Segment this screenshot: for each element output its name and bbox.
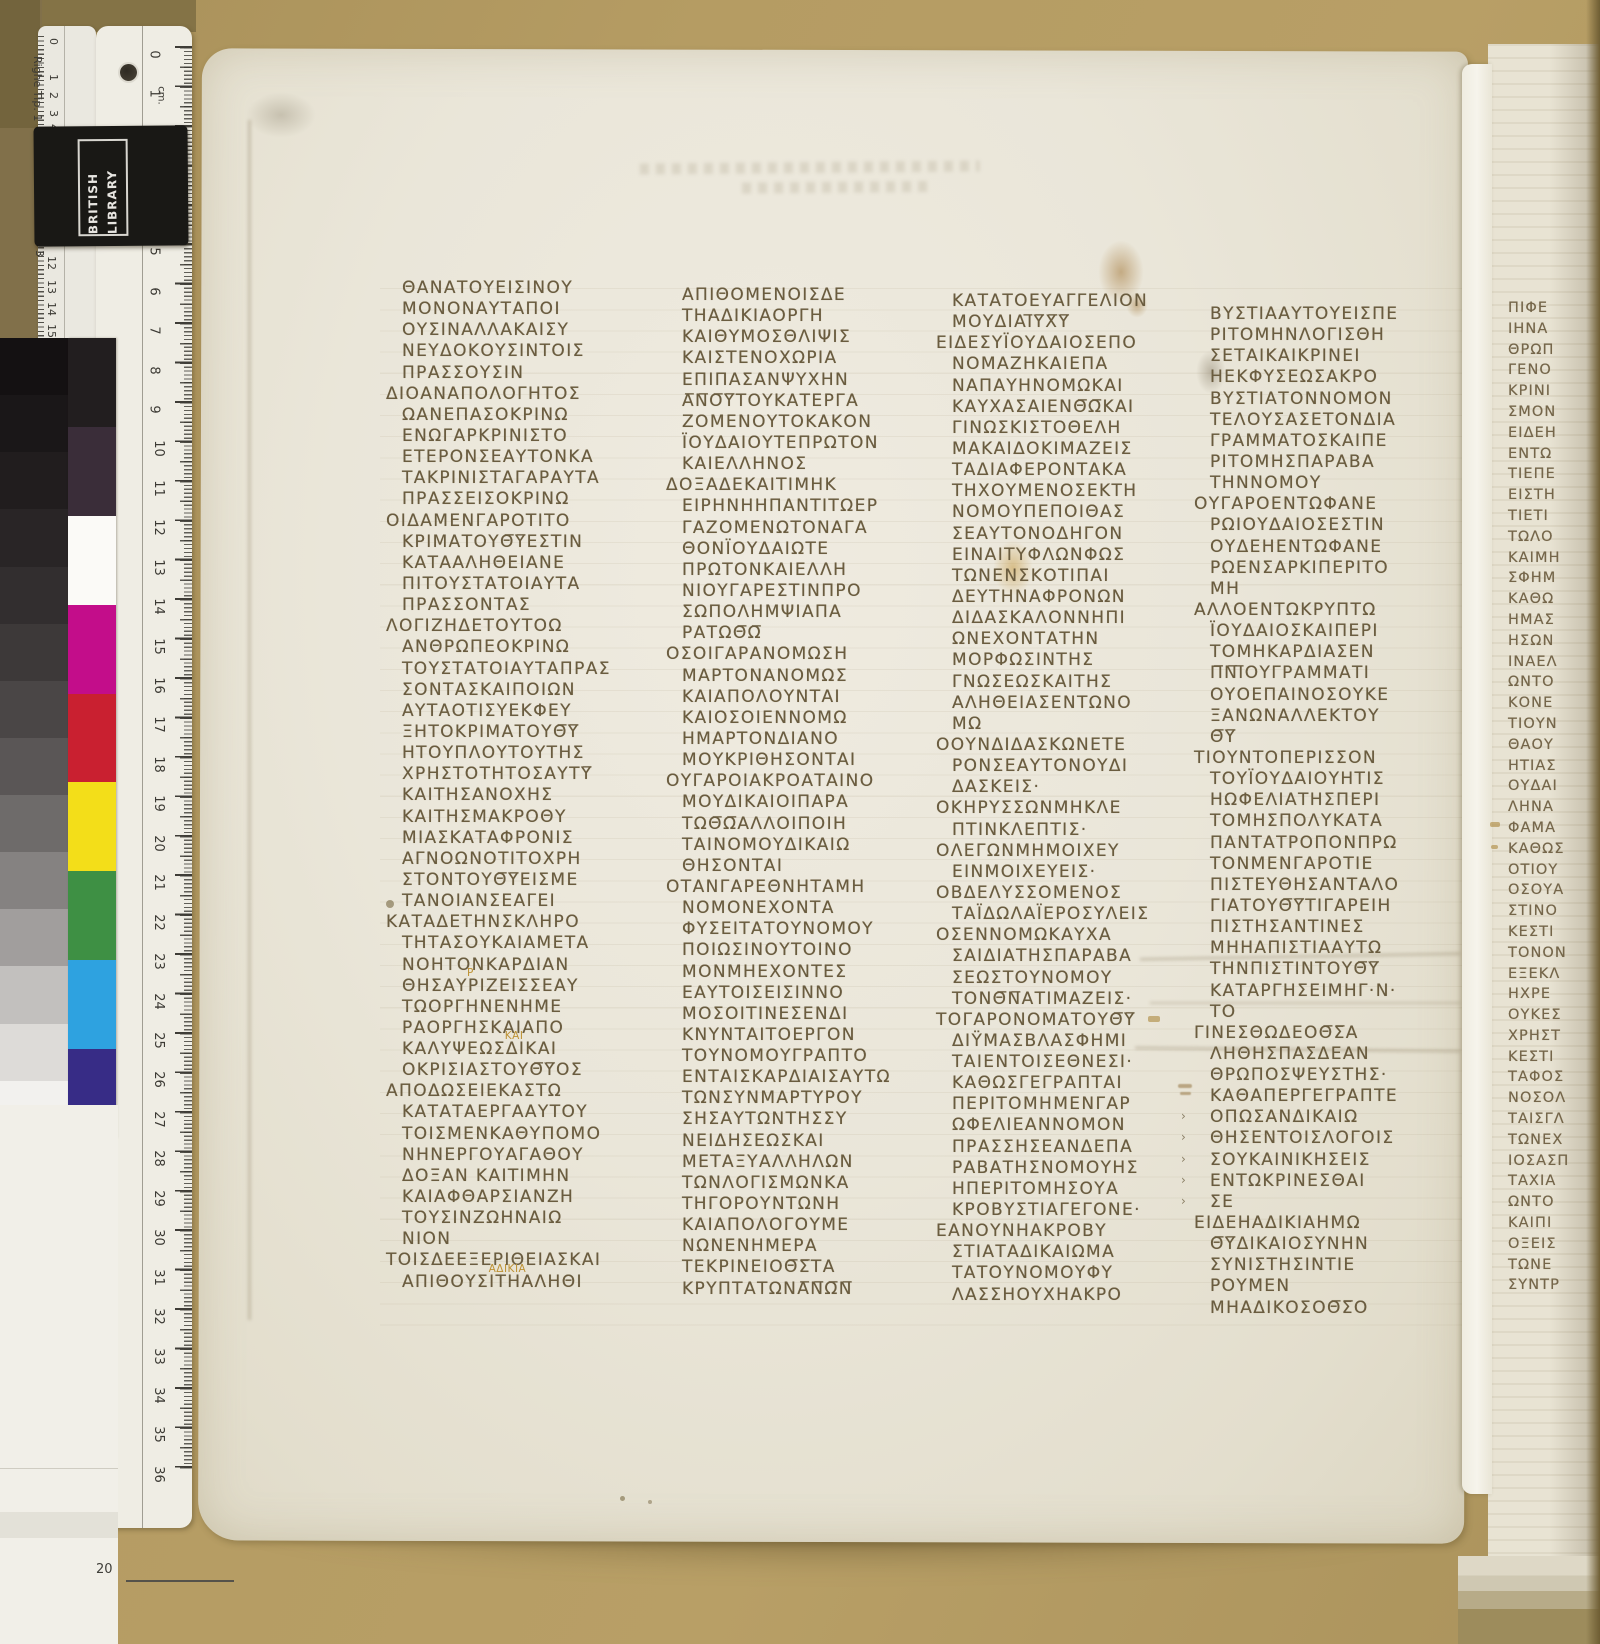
line-text: ΩΦΕΛΙΕΑΝΝΟΜΟΝ xyxy=(952,1115,1206,1135)
manuscript-line: ΕΞΕΚΛ› xyxy=(1500,966,1592,987)
manuscript-line: ΚΑΙΣΤΕΝΟΧΩΡΙΑ xyxy=(666,348,936,369)
line-text: ΤΗΑΔΙΚΙΑΟΡΓΗ xyxy=(682,306,936,326)
ruler-number: 20 xyxy=(151,835,166,852)
manuscript-line: ΤΟΓΑΡΟΝΟΜΑΤΟΥΘ̅Υ̅ xyxy=(936,1010,1206,1031)
manuscript-line: ΗΠΕΡΙΤΟΜΗΣΟΥΑ xyxy=(936,1179,1206,1200)
line-text: ΟΥΚΕΣ xyxy=(1508,1007,1592,1023)
line-text: ΠΕΡΙΤΟΜΗΜΕΝΓΑΡ xyxy=(952,1094,1206,1114)
manuscript-line: ΚΑΙΑΦΘΑΡΣΙΑΝΖΗ xyxy=(386,1187,656,1208)
parchment-crease xyxy=(248,120,251,1320)
manuscript-line: ΕΙΝΑΙΤΥΦΛΩΝΦΩΣ xyxy=(936,545,1206,566)
line-text: ΡΑΤΩΘ̅Ω̅ xyxy=(682,623,936,643)
manuscript-line: ΑΛΗΘΕΙΑΣΕΝΤΩΝΟ xyxy=(936,693,1206,714)
manuscript-line: ΦΑΜΑ xyxy=(1500,820,1592,841)
line-text: ΚΑΙΠΙ xyxy=(1508,1215,1592,1231)
manuscript-line: ΣΤΟΝΤΟΥΘ̅Υ̅ΕΙΣΜΕ xyxy=(386,870,656,891)
manuscript-line: ΚΑΛΥΨΕΩΣΔΙΚΑΙΚΑΙ xyxy=(386,1039,656,1060)
manuscript-line: ΤΩΛΟ xyxy=(1500,529,1592,550)
manuscript-line: ΤΩΝΕΝΣΚΟΤΙΠΑΙ xyxy=(936,566,1206,587)
ruler-number: 19 xyxy=(151,796,166,813)
manuscript-line: ΣΥΝΤΡ› xyxy=(1500,1277,1592,1298)
ruler-number: 34 xyxy=(151,1387,166,1404)
manuscript-line: ΕΝΤΑΙΣΚΑΡΔΙΑΙΣΑΥΤΩ xyxy=(666,1067,936,1088)
line-text: ΤΕΚΡΙΝΕΙΟΘ̅Σ̅ΤΑ xyxy=(682,1257,936,1277)
line-text: ΔΙΫΜΑΣΒΛΑΣΦΗΜΙ xyxy=(952,1031,1206,1051)
line-text: ΣΩΠΟΛΗΜΨΙΑΠΑ xyxy=(682,602,936,622)
line-text: ΚΕΣΤΙ xyxy=(1508,924,1592,940)
gray-patch xyxy=(0,852,68,909)
line-text: ΜΟΥΔΙΑΙ̅Υ̅Χ̅Υ̅ xyxy=(952,312,1206,332)
manuscript-line: ΜΟΥΔΙΚΑΙΟΙΠΑΡΑ xyxy=(666,792,936,813)
line-text: ΓΑΖΟΜΕΝΩΤΟΝΑΓΑ xyxy=(682,518,936,538)
manuscript-line: ΠΤΙΝΚΛΕΠΤΙΣ· xyxy=(936,820,1206,841)
line-gauge-number: Righe Tip. 1 xyxy=(31,56,44,121)
gray-patch xyxy=(0,738,68,795)
line-text: ΤΩΝΕΧ xyxy=(1508,1132,1592,1148)
line-text: ΝΗΝΕΡΓΟΥΑΓΑΘΟΥ xyxy=(402,1145,656,1165)
manuscript-line: ΕΙΝΜΟΙΧΕΥΕΙΣ· xyxy=(936,862,1206,883)
line-text: ΠΤΙΝΚΛΕΠΤΙΣ· xyxy=(952,820,1206,840)
manuscript-line: ΗΩΦΕΛΙΑΤΗΣΠΕΡΙ xyxy=(1194,790,1464,811)
line-text: ΤΑΚΡΙΝΙΣΤΑΓΑΡΑΥΤΑ xyxy=(402,468,656,488)
manuscript-line: ΟΥΚΕΣ› xyxy=(1500,1007,1592,1028)
line-text: ΗΤΟΥΠΛΟΥΤΟΥΤΗΣ xyxy=(402,743,656,763)
sheet-seam xyxy=(0,1468,118,1469)
ruler-cm-ticks xyxy=(175,46,192,1472)
color-patch xyxy=(68,871,116,960)
line-text: ΤΩΛΟ xyxy=(1508,529,1592,545)
line-text: ΙΟΣΑΣΠ xyxy=(1508,1153,1592,1169)
manuscript-line: ΘΡΩΠΟΣΨΕΥΣΤΗΣ· xyxy=(1194,1065,1464,1086)
manuscript-line: ΤΑΪΔΩΛΑΪΕΡΟΣΥΛΕΙΣ xyxy=(936,904,1206,925)
line-text: ΟΥΔΕΗΕΝΤΩΦΑΝΕ xyxy=(1210,537,1464,557)
line-text: ΚΡΟΒΥΣΤΙΑΓΕΓΟΝΕ· xyxy=(952,1200,1206,1220)
line-text: ΞΑΝΩΝΑΛΛΕΚΤΟΥ xyxy=(1210,706,1464,726)
line-text: ΕΞΕΚΛ xyxy=(1508,966,1592,982)
manuscript-line: ΩΝΤΟ xyxy=(1500,674,1592,695)
color-patch xyxy=(68,427,116,516)
line-text: ΒΥΣΤΙΑΤΟΝΝΟΜΟΝ xyxy=(1210,389,1464,409)
manuscript-line: ΜΟΡΦΩΣΙΝΤΗΣ xyxy=(936,650,1206,671)
manuscript-line: ΗΤΟΥΠΛΟΥΤΟΥΤΗΣ xyxy=(386,743,656,764)
line-gauge-number: 2 xyxy=(47,92,60,99)
line-text: ΑΠΙΘΟΜΕΝΟΙΣΔΕ xyxy=(682,285,936,305)
ruler-number: 36 xyxy=(151,1466,166,1483)
line-gauge-number: 13 xyxy=(45,280,58,294)
gray-patch xyxy=(0,681,68,738)
manuscript-line: ΔΟΞΑΔΕΚΑΙΤΙΜΗΚ xyxy=(666,475,936,496)
manuscript-line: ΪΟΥΔΑΙΟΣΚΑΙΠΕΡΙ xyxy=(1194,621,1464,642)
color-patch xyxy=(68,960,116,1049)
line-text: ΤΟΥΝΟΜΟΥΓΡΑΠΤΟ xyxy=(682,1046,936,1066)
line-text: ΚΑΛΥΨΕΩΣΔΙΚΑΙ xyxy=(402,1039,656,1059)
line-text: ΗΤΙΑΣ xyxy=(1508,758,1592,774)
manuscript-line: ΙΗΝΑ xyxy=(1500,321,1592,342)
line-text: ΘΗΣΟΝΤΑΙ xyxy=(682,856,936,876)
line-text: ΚΑΤΑΡΓΗΣΕΙΜΗΓ·Ν· xyxy=(1210,981,1464,1001)
manuscript-line: ΚΝΥΝΤΑΙΤΟΕΡΓΟΝ xyxy=(666,1025,936,1046)
text-column-3: ΚΑΤΑΤΟΕΥΑΓΓΕΛΙΟΝΜΟΥΔΙΑΙ̅Υ̅Χ̅Υ̅ΕΙΔΕΣΥΪΟΥΔ… xyxy=(936,291,1206,1306)
manuscript-line: ΤΩΘ̅Ω̅ΑΛΛΟΙΠΟΙΗ xyxy=(666,814,936,835)
manuscript-line: ΟΣΟΙΓΑΡΑΝΟΜΩΣΗ xyxy=(666,644,936,665)
line-text: ΒΥΣΤΙΑΑΥΤΟΥΕΙΣΠΕ xyxy=(1210,304,1464,324)
manuscript-line: ΤΗΑΔΙΚΙΑΟΡΓΗ xyxy=(666,306,936,327)
manuscript-line: ΤΕΛΟΥΣΑΣΕΤΟΝΔΙΑ xyxy=(1194,410,1464,431)
ruler-number: 28 xyxy=(151,1151,166,1168)
manuscript-line: ΧΡΗΣΤΟΤΗΤΟΣΑΥΤΥ̅ xyxy=(386,764,656,785)
page-stack-edges xyxy=(1458,1556,1600,1644)
line-text: ΩΝΤΟ xyxy=(1508,674,1592,690)
line-text: ΑΝΘΡΩΠΕΟΚΡΙΝΩ xyxy=(402,637,656,657)
manuscript-line: ΙΟΣΑΣΠ› xyxy=(1500,1153,1592,1174)
line-text: ΙΝΑΕΛ xyxy=(1508,654,1592,670)
manuscript-line: ΚΑΙΕΛΛΗΝΟΣ xyxy=(666,454,936,475)
line-text: ΕΙΝΑΙΤΥΦΛΩΝΦΩΣ xyxy=(952,545,1206,565)
line-text: ΜΕΤΑΞΥΑΛΛΗΛΩΝ xyxy=(682,1152,936,1172)
manuscript-line: ΣΗΣΑΥΤΩΝΤΗΣΣΥ xyxy=(666,1109,936,1130)
manuscript-line: ΤΟΥΣΤΑΤΟΙΑΥΤΑΠΡΑΣ xyxy=(386,659,656,680)
manuscript-line: ΔΙΔΑΣΚΑΛΟΝΝΗΠΙ xyxy=(936,608,1206,629)
manuscript-line: ΘΗΣΟΝΤΑΙ xyxy=(666,856,936,877)
manuscript-line: ΤΑΝΟΙΑΝΣΕΑΓΕΙ xyxy=(386,891,656,912)
line-text: ΕΙΣΤΗ xyxy=(1508,487,1592,503)
line-text: ΔΟΞΑΝ ΚΑΙΤΙΜΗΝ xyxy=(402,1166,656,1186)
line-gauge-number: 1 xyxy=(47,74,60,81)
line-text: ΕΝΤΩΚΡΙΝΕΣΘΑΙ xyxy=(1210,1171,1464,1191)
text-column-1: ΘΑΝΑΤΟΥΕΙΣΙΝΟΥΜΟΝΟΝΑΥΤΑΠΟΙΟΥΣΙΝΑΛΛΑΚΑΙΣΥ… xyxy=(386,278,656,1293)
manuscript-line: ΕΙΡΗΝΗΗΠΑΝΤΙΤΩΕΡ xyxy=(666,496,936,517)
manuscript-line: ΝΟΜΟΝΕΧΟΝΤΑ xyxy=(666,898,936,919)
manuscript-line: ΝΟΜΑΖΗΚΑΙΕΠΑ xyxy=(936,354,1206,375)
line-text: ΤΩΝΣΥΝΜΑΡΤΥΡΟΥ xyxy=(682,1088,936,1108)
manuscript-line: ΡΑΤΩΘ̅Ω̅ xyxy=(666,623,936,644)
manuscript-line: ΞΑΝΩΝΑΛΛΕΚΤΟΥ xyxy=(1194,706,1464,727)
manuscript-line: ΜΟΣΟΙΤΙΝΕΣΕΝΔΙ xyxy=(666,1004,936,1025)
gray-patch xyxy=(0,909,68,966)
manuscript-line: ΤΟΥΪΟΥΔΑΙΟΥΗΤΙΣ xyxy=(1194,769,1464,790)
manuscript-line: ΝΑΠΑΥΗΝΟΜΩΚΑΙ xyxy=(936,376,1206,397)
manuscript-line: ΚΑΙΟΣΟΙΕΝΝΟΜΩ xyxy=(666,708,936,729)
manuscript-line: ΑΓΝΟΩΝΟΤΙΤΟΧΡΗ xyxy=(386,849,656,870)
manuscript-line: ΜΟΥΔΙΑΙ̅Υ̅Χ̅Υ̅ xyxy=(936,312,1206,333)
line-text: ΧΡΗΣΤΟΤΗΤΟΣΑΥΤΥ̅ xyxy=(402,764,656,784)
manuscript-line: ΔΑΣΚΕΙΣ· xyxy=(936,777,1206,798)
line-text: ΜΗΑΔΙΚΟΣΟΘ̅Σ̅Ο xyxy=(1210,1298,1464,1318)
manuscript-line: ΤΙΟΥΝ xyxy=(1500,716,1592,737)
line-text: ΤΙΕΠΕ xyxy=(1508,466,1592,482)
manuscript-line: ΤΟΥΣΙΝΖΩΗΝΑΙΩ xyxy=(386,1208,656,1229)
line-text: ΜΑΡΤΟΝΑΝΟΜΩΣ xyxy=(682,666,936,686)
line-text: ΠΡΑΣΣΟΥΣΙΝ xyxy=(402,363,656,383)
manuscript-photograph: 0Righe Tip. 11234312131415164 cm. 012345… xyxy=(0,0,1600,1644)
manuscript-line: ΚΑΘΩΣΓΕΓΡΑΠΤΑΙ xyxy=(936,1073,1206,1094)
manuscript-line: ΩΝΤΟ› xyxy=(1500,1194,1592,1215)
line-text: ΗΣΩΝ xyxy=(1508,633,1592,649)
line-text: ΕΙΝΜΟΙΧΕΥΕΙΣ· xyxy=(952,862,1206,882)
line-text: ΚΟΝΕ xyxy=(1508,695,1592,711)
line-text: ΕΙΔΕΣΥΪΟΥΔΑΙΟΣΕΠΟ xyxy=(936,333,1206,353)
manuscript-line: ΚΕΣΤΙ› xyxy=(1500,1049,1592,1070)
ruler-number: 0 xyxy=(147,50,162,58)
line-text: ΜΑΚΑΙΔΟΚΙΜΑΖΕΙΣ xyxy=(952,439,1206,459)
manuscript-line: ΟΥΓΑΡΟΕΝΤΩΦΑΝΕ xyxy=(1194,494,1464,515)
manuscript-line: ΜΟΝΜΗΕΧΟΝΤΕΣ xyxy=(666,962,936,983)
manuscript-line: ΣΩΠΟΛΗΜΨΙΑΠΑ xyxy=(666,602,936,623)
library-label-word1: BRITISH xyxy=(86,173,101,234)
manuscript-line: ΩΑΝΕΠΑΣΟΚΡΙΝΩ xyxy=(386,405,656,426)
manuscript-line: ΚΑΤΑΤΟΕΥΑΓΓΕΛΙΟΝ xyxy=(936,291,1206,312)
manuscript-line: ΪΟΥΔΑΙΟΥΤΕΠΡΩΤΟΝ xyxy=(666,433,936,454)
line-text: Α̅Ν̅Ο̅Υ̅ΤΟΥΚΑΤΕΡΓΑ xyxy=(682,391,936,411)
manuscript-line: ΚΑΘΑΠΕΡΓΕΓΡΑΠΤΕ xyxy=(1194,1086,1464,1107)
manuscript-line: ΑΝΘΡΩΠΕΟΚΡΙΝΩ xyxy=(386,637,656,658)
line-text: ΚΑΙΑΠΟΛΟΥΝΤΑΙ xyxy=(682,687,936,707)
manuscript-line: ΟΥΟΕΠΑΙΝΟΣΟΥΚΕ xyxy=(1194,685,1464,706)
line-text: ΚΑΤΑΑΛΗΘΕΙΑΝΕ xyxy=(402,553,656,573)
ruler-number: 27 xyxy=(151,1111,166,1128)
line-text: ΣΗΣΑΥΤΩΝΤΗΣΣΥ xyxy=(682,1109,936,1129)
gray-patch xyxy=(0,795,68,852)
line-text: ΞΗΤΟΚΡΙΜΑΤΟΥΘ̅Υ̅ xyxy=(402,722,656,742)
manuscript-line: ΤΗΧΟΥΜΕΝΟΣΕΚΤΗ xyxy=(936,481,1206,502)
manuscript-line: ΤΑΙΕΝΤΟΙΣΕΘΝΕΣΙ· xyxy=(936,1052,1206,1073)
marginal-mark xyxy=(1490,822,1500,827)
line-text: ΡΙΤΟΜΗΝΛΟΓΙΣΘΗ xyxy=(1210,325,1464,345)
gray-patch xyxy=(0,509,68,566)
gray-patch xyxy=(0,624,68,681)
color-calibration-strip xyxy=(68,338,116,1138)
manuscript-line: ΑΠΙΘΟΥΣΙΤΗΑΛΗΘΙΑΔΙΚΙΑ xyxy=(386,1272,656,1293)
manuscript-line: ΝΙΟΝ xyxy=(386,1229,656,1250)
line-text: ΓΙΝΩΣΚΙΣΤΟΘΕΛΗ xyxy=(952,418,1206,438)
scribal-correction: ΚΑΙ xyxy=(505,1030,524,1042)
manuscript-line: ΝΟΗΤΟΝΚΑΡΔΙΑΝ xyxy=(386,955,656,976)
line-text: ΑΛΛΟΕΝΤΩΚΡΥΠΤΩ xyxy=(1194,600,1464,620)
line-text: ΟΣΟΥΑ xyxy=(1508,882,1592,898)
line-text: ΙΗΝΑ xyxy=(1508,321,1592,337)
manuscript-line: ΑΛΛΟΕΝΤΩΚΡΥΠΤΩ xyxy=(1194,600,1464,621)
line-text: ΚΑΙΤΗΣΜΑΚΡΟΘΥ xyxy=(402,807,656,827)
manuscript-line: ΕΝΤΩ xyxy=(1500,446,1592,467)
line-text: ΘΗΣΕΝΤΟΙΣΛΟΓΟΙΣ xyxy=(1210,1128,1464,1148)
manuscript-line: ΜΩ xyxy=(936,714,1206,735)
manuscript-line: ΤΟΥΝΟΜΟΥΓΡΑΠΤΟ xyxy=(666,1046,936,1067)
line-text: ΟΒΔΕΛΥΣΣΟΜΕΝΟΣ xyxy=(936,883,1206,903)
manuscript-line: ΕΠΙΠΑΣΑΝΨΥΧΗΝ xyxy=(666,370,936,391)
manuscript-line: ΡΙΤΟΜΗΝΛΟΓΙΣΘΗ xyxy=(1194,325,1464,346)
line-text: ΑΠΙΘΟΥΣΙΤΗΑΛΗΘΙ xyxy=(402,1272,656,1292)
color-patch xyxy=(68,605,116,694)
manuscript-line: ΣΕΤΑΙΚΑΙΚΡΙΝΕΙ xyxy=(1194,346,1464,367)
manuscript-line: ΑΠΙΘΟΜΕΝΟΙΣΔΕ xyxy=(666,285,936,306)
manuscript-line: ΟΤΙΟΥ› xyxy=(1500,862,1592,883)
color-patch xyxy=(68,516,116,605)
manuscript-line: ΠΙΣΤΗΣΑΝΤΙΝΕΣ xyxy=(1194,917,1464,938)
marginal-note xyxy=(1178,1084,1192,1088)
line-text: ΡΑΒΑΤΗΣΝΟΜΟΥΗΣ xyxy=(952,1158,1206,1178)
manuscript-line: ΚΑΙΑΠΟΛΟΥΝΤΑΙ xyxy=(666,687,936,708)
line-text: ΠΙΦΕ xyxy=(1508,300,1592,316)
manuscript-line: ΙΝΑΕΛ xyxy=(1500,654,1592,675)
manuscript-line: ΟΛΕΓΩΝΜΗΜΟΙΧΕΥ xyxy=(936,841,1206,862)
manuscript-line: ΣΕΑΥΤΟΝΟΔΗΓΟΝ xyxy=(936,524,1206,545)
line-text: ΔΙΟΑΝΑΠΟΛΟΓΗΤΟΣ xyxy=(386,384,656,404)
manuscript-line: ΚΟΝΕ xyxy=(1500,695,1592,716)
manuscript-line: ΓΑΖΟΜΕΝΩΤΟΝΑΓΑ xyxy=(666,518,936,539)
line-text: ΔΕΥΤΗΝΑΦΡΟΝΩΝ xyxy=(952,587,1206,607)
line-text: ΕΑΝΟΥΝΗΑΚΡΟΒΥ xyxy=(936,1221,1206,1241)
ruler-number: 21 xyxy=(151,874,166,891)
color-patch xyxy=(68,782,116,871)
manuscript-line: ΕΤΕΡΟΝΣΕΑΥΤΟΝΚΑ xyxy=(386,447,656,468)
line-text: ΝΙΟΝ xyxy=(402,1229,656,1249)
next-page-text-column: ΠΙΦΕΙΗΝΑΘΡΩΠΓΕΝΟΚΡΙΝΙΣΜΟΝΕΙΔΕΗΕΝΤΩΤΙΕΠΕΕ… xyxy=(1500,300,1592,1298)
line-text: ΤΑΦΟΣ xyxy=(1508,1069,1592,1085)
diple-mark: › xyxy=(1181,1130,1187,1144)
line-text: ΚΑΘΑΠΕΡΓΕΓΡΑΠΤΕ xyxy=(1210,1086,1464,1106)
manuscript-line: ΕΙΔΕΗ xyxy=(1500,425,1592,446)
line-text: ΡΩΕΝΣΑΡΚΙΠΕΡΙΤΟ xyxy=(1210,558,1464,578)
ruler-fragment-number: 20 xyxy=(96,1562,113,1577)
line-text: ΜΙΑΣΚΑΤΑΦΡΟΝΙΣ xyxy=(402,828,656,848)
line-text: ΝΟΜΑΖΗΚΑΙΕΠΑ xyxy=(952,354,1206,374)
manuscript-line: ΚΡΙΜΑΤΟΥΘ̅Υ̅ΕΣΤΙΝ xyxy=(386,532,656,553)
line-text: ΤΗΤΑΣΟΥΚΑΙΑΜΕΤΑ xyxy=(402,933,656,953)
manuscript-line: ΚΕΣΤΙ› xyxy=(1500,924,1592,945)
line-text: ΟΞΕΙΣ xyxy=(1508,1236,1592,1252)
ruler-number: 5 xyxy=(147,248,162,256)
line-text: ΚΑΤΑΤΟΕΥΑΓΓΕΛΙΟΝ xyxy=(952,291,1206,311)
manuscript-line: ΗΧΡΕ› xyxy=(1500,986,1592,1007)
manuscript-line: ΟΙΔΑΜΕΝΓΑΡΟΤΙΤΟ xyxy=(386,511,656,532)
line-text: ΑΥΤΑΟΤΙΣΥΕΚΦΕΥ xyxy=(402,701,656,721)
line-text: ΩΝΕΧΟΝΤΑΤΗΝ xyxy=(952,629,1206,649)
line-text: ΝΙΟΥΓΑΡΕΣΤΙΝΠΡΟ xyxy=(682,581,936,601)
page-edge-strip xyxy=(1462,64,1492,1494)
line-text: ΤΟΥΪΟΥΔΑΙΟΥΗΤΙΣ xyxy=(1210,769,1464,789)
color-patch xyxy=(68,694,116,783)
ruler-fragment-line xyxy=(126,1580,234,1582)
manuscript-line: ΠΙΦΕ xyxy=(1500,300,1592,321)
manuscript-line: ΜΕΤΑΞΥΑΛΛΗΛΩΝ xyxy=(666,1152,936,1173)
manuscript-line: ΝΕΙΔΗΣΕΩΣΚΑΙ xyxy=(666,1131,936,1152)
line-text: ΜΟΥΔΙΚΑΙΟΙΠΑΡΑ xyxy=(682,792,936,812)
line-text: ΣΦΗΜ xyxy=(1508,570,1592,586)
gray-patch xyxy=(0,395,68,452)
manuscript-line: ΓΙΑΤΟΥΘ̅Υ̅ΤΙΓΑΡΕΙΗ xyxy=(1194,896,1464,917)
text-column-4: ΒΥΣΤΙΑΑΥΤΟΥΕΙΣΠΕΡΙΤΟΜΗΝΛΟΓΙΣΘΗΣΕΤΑΙΚΑΙΚΡ… xyxy=(1194,304,1464,1319)
manuscript-line: ΤΙΟΥΝΤΟΠΕΡΙΣΣΟΝ xyxy=(1194,748,1464,769)
marginal-mark xyxy=(1491,845,1498,849)
line-text: ΪΟΥΔΑΙΟΥΤΕΠΡΩΤΟΝ xyxy=(682,433,936,453)
ink-speck xyxy=(648,1500,652,1504)
line-text: ΝΟΜΟΝΕΧΟΝΤΑ xyxy=(682,898,936,918)
manuscript-line: ΠΡΑΣΣΟΝΤΑΣ xyxy=(386,595,656,616)
manuscript-line: ΤΗΝΝΟΜΟΥ xyxy=(1194,473,1464,494)
ruler-hole xyxy=(120,64,137,81)
line-text: ΟΥΓΑΡΟΙΑΚΡΟΑΤΑΙΝΟ xyxy=(666,771,936,791)
line-text: ΦΑΜΑ xyxy=(1508,820,1592,836)
ruler-number: 17 xyxy=(151,717,166,734)
manuscript-line: ΟΚΡΙΣΙΑΣΤΟΥΘ̅Υ̅ΟΣ xyxy=(386,1060,656,1081)
manuscript-line: ΘΑΝΑΤΟΥΕΙΣΙΝΟΥ xyxy=(386,278,656,299)
line-text: ΚΑΘΩΣΓΕΓΡΑΠΤΑΙ xyxy=(952,1073,1206,1093)
line-text: ΦΥΣΕΙΤΑΤΟΥΝΟΜΟΥ xyxy=(682,919,936,939)
line-text: ΤΟΜΗΚΑΡΔΙΑΣΕΝ xyxy=(1210,642,1464,662)
line-text: ΚΝΥΝΤΑΙΤΟΕΡΓΟΝ xyxy=(682,1025,936,1045)
line-text: ΠΙΤΟΥΣΤΑΤΟΙΑΥΤΑ xyxy=(402,574,656,594)
line-text: ΔΙΔΑΣΚΑΛΟΝΝΗΠΙ xyxy=(952,608,1206,628)
manuscript-line: ΠΡΑΣΣΕΙΣΟΚΡΙΝΩ xyxy=(386,489,656,510)
british-library-label: BRITISH LIBRARY xyxy=(83,141,122,234)
line-text: ΤΑΧΙΑ xyxy=(1508,1173,1592,1189)
line-text: ΘΡΩΠ xyxy=(1508,342,1592,358)
manuscript-line: ΠΑΝΤΑΤΡΟΠΟΝΠΡΩ xyxy=(1194,833,1464,854)
line-text: ΜΟΡΦΩΣΙΝΤΗΣ xyxy=(952,650,1206,670)
manuscript-line: ΩΦΕΛΙΕΑΝΝΟΜΟΝ xyxy=(936,1115,1206,1136)
ruler-number: 7 xyxy=(147,326,162,334)
marginal-mark xyxy=(1148,1016,1160,1022)
ruler-number: 14 xyxy=(151,598,166,615)
manuscript-line: ΝΕΥΔΟΚΟΥΣΙΝΤΟΙΣ xyxy=(386,341,656,362)
manuscript-line: ΠΟΙΩΣΙΝΟΥΤΟΙΝΟ xyxy=(666,940,936,961)
line-text: ΝΕΥΔΟΚΟΥΣΙΝΤΟΙΣ xyxy=(402,341,656,361)
manuscript-line: ΟΟΥΝΔΙΔΑΣΚΩΝΕΤΕ xyxy=(936,735,1206,756)
manuscript-line: ΟΥΔΑΙ xyxy=(1500,778,1592,799)
line-text: ΤΟ xyxy=(1210,1002,1464,1022)
manuscript-line: ΣΕΩΣΤΟΥΝΟΜΟΥ xyxy=(936,968,1206,989)
line-text: ΗΩΦΕΛΙΑΤΗΣΠΕΡΙ xyxy=(1210,790,1464,810)
line-text: ΕΝΩΓΑΡΚΡΙΝΙΣΤΟ xyxy=(402,426,656,446)
manuscript-line: ΟΥΣΙΝΑΛΛΑΚΑΙΣΥ xyxy=(386,320,656,341)
manuscript-line: ΞΗΤΟΚΡΙΜΑΤΟΥΘ̅Υ̅ xyxy=(386,722,656,743)
line-gauge-number: 0 xyxy=(47,38,60,45)
manuscript-line: ΘΡΩΠ xyxy=(1500,342,1592,363)
manuscript-line: ΠΙΣΤΕΥΘΗΣΑΝΤΑΛΟ xyxy=(1194,875,1464,896)
manuscript-line: ΟΞΕΙΣ› xyxy=(1500,1236,1592,1257)
manuscript-line: ΔΕΥΤΗΝΑΦΡΟΝΩΝ xyxy=(936,587,1206,608)
manuscript-line: ΤΑΙΝΟΜΟΥΔΙΚΑΙΩ xyxy=(666,835,936,856)
line-text: ΕΙΔΕΗΑΔΙΚΙΑΗΜΩ xyxy=(1194,1213,1464,1233)
gray-patch xyxy=(0,567,68,624)
line-text: ΤΑΔΙΑΦΕΡΟΝΤΑΚΑ xyxy=(952,460,1206,480)
manuscript-line: ΓΝΩΣΕΩΣΚΑΙΤΗΣ xyxy=(936,672,1206,693)
manuscript-line: ΠΙΤΟΥΣΤΑΤΟΙΑΥΤΑ xyxy=(386,574,656,595)
line-text: ΣΤΙΑΤΑΔΙΚΑΙΩΜΑ xyxy=(952,1242,1206,1262)
manuscript-line: ΘΟΝΪΟΥΔΑΙΩΤΕ xyxy=(666,539,936,560)
manuscript-line: ΤΑΦΟΣ› xyxy=(1500,1069,1592,1090)
manuscript-line: ΔΙΫΜΑΣΒΛΑΣΦΗΜΙ xyxy=(936,1031,1206,1052)
line-text: ΗΜΑΡΤΟΝΔΙΑΝΟ xyxy=(682,729,936,749)
line-text: ΟΚΡΙΣΙΑΣΤΟΥΘ̅Υ̅ΟΣ xyxy=(402,1060,656,1080)
manuscript-line: ΠΡΑΣΣΗΣΕΑΝΔΕΠΑ xyxy=(936,1137,1206,1158)
line-text: ΚΑΤΑΤΑΕΡΓΑΑΥΤΟΥ xyxy=(402,1102,656,1122)
ruler-number: 31 xyxy=(151,1269,166,1286)
line-text: ΡΙΤΟΜΗΣΠΑΡΑΒΑ xyxy=(1210,452,1464,472)
ruler-number: 33 xyxy=(151,1348,166,1365)
line-text: ΑΠΟΔΩΣΕΙΕΚΑΣΤΩ xyxy=(386,1081,656,1101)
manuscript-line: ΤΗΓΟΡΟΥΝΤΩΝΗ xyxy=(666,1194,936,1215)
ruler-number: 8 xyxy=(147,366,162,374)
manuscript-line: ΡΟΥΜΕΝ xyxy=(1194,1276,1464,1297)
manuscript-line: ΛΗΝΑ xyxy=(1500,799,1592,820)
line-text: ΕΠΙΠΑΣΑΝΨΥΧΗΝ xyxy=(682,370,936,390)
manuscript-line: ΚΑΤΑΡΓΗΣΕΙΜΗΓ·Ν· xyxy=(1194,981,1464,1002)
manuscript-line: ΟΒΔΕΛΥΣΣΟΜΕΝΟΣ xyxy=(936,883,1206,904)
ruler-number: 16 xyxy=(151,677,166,694)
manuscript-line: ΤΗΤΑΣΟΥΚΑΙΑΜΕΤΑ xyxy=(386,933,656,954)
manuscript-line: ΗΕΚΦΥΣΕΩΣΑΚΡΟ xyxy=(1194,367,1464,388)
